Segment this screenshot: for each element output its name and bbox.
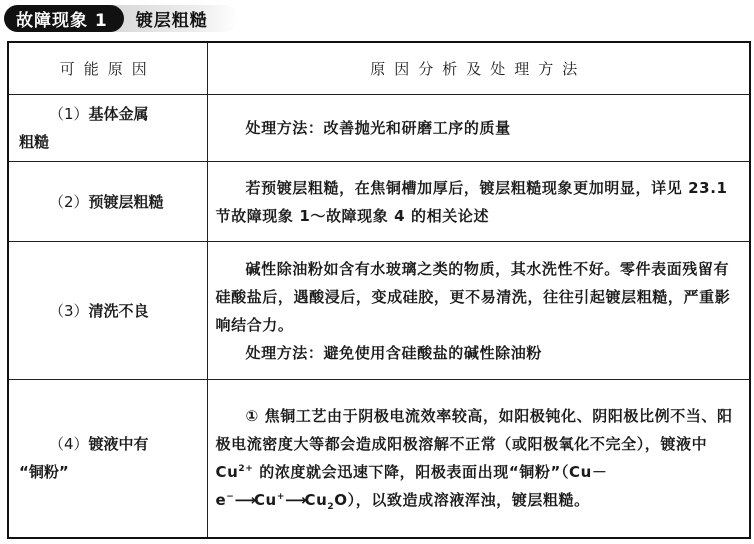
cause-text: 预镀层粗糙 (89, 193, 164, 211)
analysis-text: ① 焦铜工艺由于阴极电流效率较高，如阳极钝化、阴阳极比例不当、阳极电流密度大等都… (216, 402, 742, 514)
fault-title: 镀层粗糙 (110, 5, 238, 32)
table-header-row: 可能原因 原因分析及处理方法 (8, 42, 750, 95)
table-row: （3）清洗不良 碱性除油粉如含有水玻璃之类的物质，其水洗性不好。零件表面残留有硅… (8, 242, 750, 380)
cause-cell: （4）镀液中有 “铜粉” (8, 380, 207, 538)
cause-cell: （2）预镀层粗糙 (8, 162, 207, 242)
cause-text: 粗糙 (19, 133, 49, 151)
treatment-text: 处理方法：改善抛光和研磨工序的质量 (216, 114, 742, 142)
fault-label-badge: 故障现象 1 (4, 5, 124, 32)
analysis-text: 碱性除油粉如含有水玻璃之类的物质，其水洗性不好。零件表面残留有硅酸盐后，遇酸浸后… (216, 255, 742, 339)
table-row: （1）基体金属 粗糙 处理方法：改善抛光和研磨工序的质量 (8, 95, 750, 162)
reaction-arrow-icon: ⟶ (234, 491, 254, 509)
analysis-cell: ① 焦铜工艺由于阴极电流效率较高，如阳极钝化、阴阳极比例不当、阳极电流密度大等都… (207, 380, 750, 538)
column-header-cause: 可能原因 (8, 42, 207, 95)
table-row: （2）预镀层粗糙 若预镀层粗糙，在焦铜槽加厚后，镀层粗糙现象更加明显，详见 23… (8, 162, 750, 242)
cause-cell: （3）清洗不良 (8, 242, 207, 380)
analysis-cell: 若预镀层粗糙，在焦铜槽加厚后，镀层粗糙现象更加明显，详见 23.1 节故障现象 … (207, 162, 750, 242)
cause-cell: （1）基体金属 粗糙 (8, 95, 207, 162)
cause-text: “铜粉” (19, 463, 69, 481)
analysis-text: 若预镀层粗糙，在焦铜槽加厚后，镀层粗糙现象更加明显，详见 23.1 节故障现象 … (216, 174, 742, 230)
cause-text: 清洗不良 (89, 302, 149, 320)
treatment-text: 处理方法：避免使用含硅酸盐的碱性除油粉 (216, 339, 742, 367)
table-row: （4）镀液中有 “铜粉” ① 焦铜工艺由于阴极电流效率较高，如阳极钝化、阴阳极比… (8, 380, 750, 538)
analysis-cell: 碱性除油粉如含有水玻璃之类的物质，其水洗性不好。零件表面残留有硅酸盐后，遇酸浸后… (207, 242, 750, 380)
column-header-analysis: 原因分析及处理方法 (207, 42, 750, 95)
reaction-arrow-icon: ⟶ (285, 491, 305, 509)
fault-table: 可能原因 原因分析及处理方法 （1）基体金属 粗糙 处理方法：改善抛光和研磨工序… (7, 41, 751, 539)
section-header: 故障现象 1 镀层粗糙 (4, 5, 238, 32)
analysis-cell: 处理方法：改善抛光和研磨工序的质量 (207, 95, 750, 162)
